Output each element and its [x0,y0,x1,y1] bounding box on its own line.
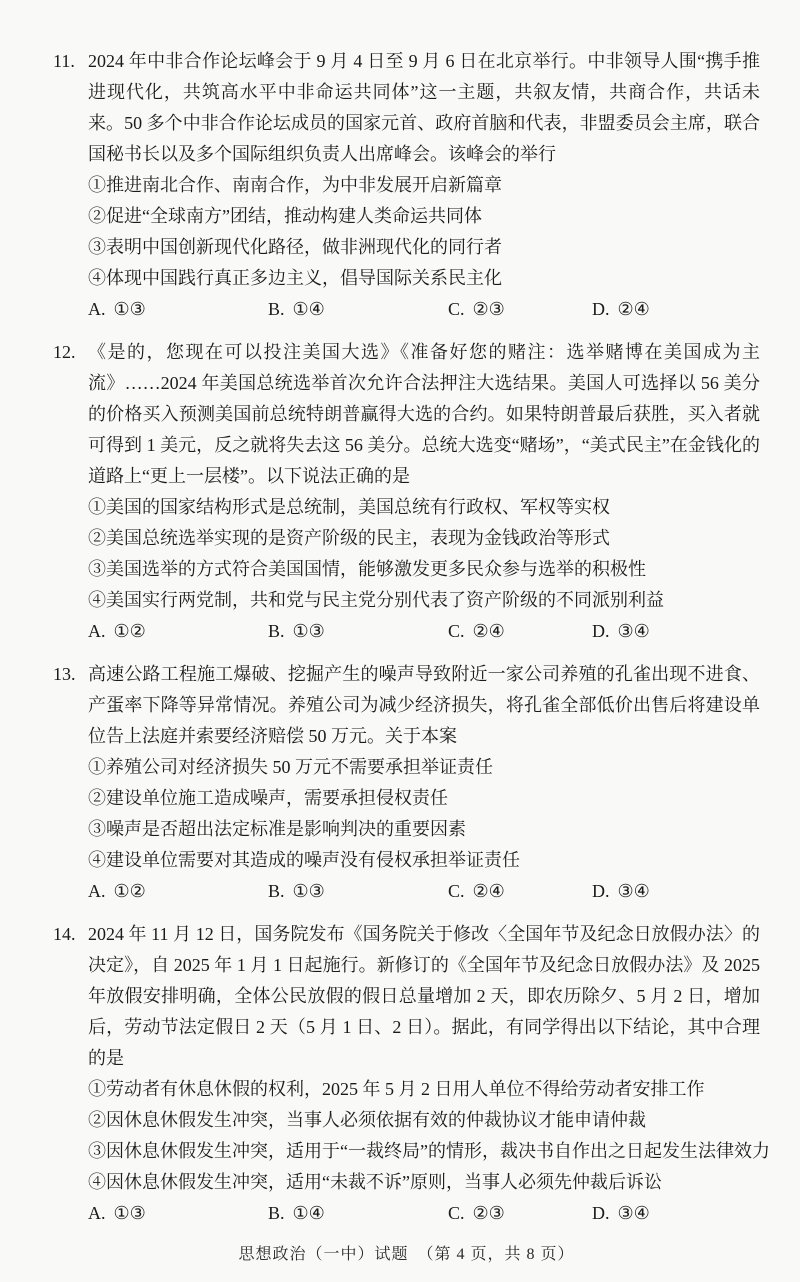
answer-choices: A.①②B.①③C.②④D.③④ [88,876,760,907]
question-12: 12. 《是的，您现在可以投注美国大选》《准备好您的赌注：选举赌博在美国成为主流… [53,337,760,647]
question-14: 14. 2024 年 11 月 12 日，国务院发布《国务院关于修改〈全国年节及… [53,919,760,1229]
question-stem: 《是的，您现在可以投注美国大选》《准备好您的赌注：选举赌博在美国成为主流》……2… [88,337,760,492]
question-item-2: ②美国总统选举实现的是资产阶级的民主，表现为金钱政治等形式 [88,523,760,554]
question-item-2: ②建设单位施工造成噪声，需要承担侵权责任 [88,783,760,814]
choice-c: C.②④ [448,616,592,647]
question-item-3: ③美国选举的方式符合美国国情，能够激发更多民众参与选举的积极性 [88,554,760,585]
question-number: 11. [53,46,88,170]
question-item-3: ③表明中国创新现代化路径，做非洲现代化的同行者 [88,232,760,263]
choice-c: C.②③ [448,1198,592,1229]
choice-c: C.②④ [448,876,592,907]
question-item-4: ④美国实行两党制，共和党与民主党分别代表了资产阶级的不同派别利益 [88,585,760,616]
question-items: ①美国的国家结构形式是总统制，美国总统有行政权、军权等实权 ②美国总统选举实现的… [88,492,760,616]
exam-page: 11. 2024 年中非合作论坛峰会于 9 月 4 日至 9 月 6 日在北京举… [0,0,800,1282]
question-item-1: ①养殖公司对经济损失 50 万元不需要承担举证责任 [88,752,760,783]
answer-choices: A.①③B.①④C.②③D.③④ [88,1198,760,1229]
question-item-3: ③因休息休假发生冲突，适用于“一裁终局”的情形，裁决书自作出之日起发生法律效力 [88,1136,760,1167]
question-item-4: ④因休息休假发生冲突，适用“未裁不诉”原则，当事人必须先仲裁后诉讼 [88,1167,760,1198]
question-number: 12. [53,337,88,492]
question-item-3: ③噪声是否超出法定标准是影响判决的重要因素 [88,814,760,845]
question-stem: 2024 年中非合作论坛峰会于 9 月 4 日至 9 月 6 日在北京举行。中非… [88,46,760,170]
question-item-1: ①劳动者有休息休假的权利，2025 年 5 月 2 日用人单位不得给劳动者安排工… [88,1074,760,1105]
question-stem: 2024 年 11 月 12 日，国务院发布《国务院关于修改〈全国年节及纪念日放… [88,919,760,1074]
choice-a: A.①③ [88,1198,268,1229]
question-items: ①推进南北合作、南南合作，为中非发展开启新篇章 ②促进“全球南方”团结，推动构建… [88,170,760,294]
question-item-1: ①美国的国家结构形式是总统制，美国总统有行政权、军权等实权 [88,492,760,523]
answer-choices: A.①②B.①③C.②④D.③④ [88,616,760,647]
question-item-4: ④建设单位需要对其造成的噪声没有侵权承担举证责任 [88,845,760,876]
question-item-1: ①推进南北合作、南南合作，为中非发展开启新篇章 [88,170,760,201]
choice-b: B.①④ [268,1198,448,1229]
choice-d: D.③④ [592,616,650,647]
choice-c: C.②③ [448,294,592,325]
question-stem: 高速公路工程施工爆破、挖掘产生的噪声导致附近一家公司养殖的孔雀出现不进食、产蛋率… [88,659,760,752]
choice-d: D.②④ [592,294,650,325]
question-11: 11. 2024 年中非合作论坛峰会于 9 月 4 日至 9 月 6 日在北京举… [53,46,760,325]
question-item-2: ②促进“全球南方”团结，推动构建人类命运共同体 [88,201,760,232]
choice-a: A.①③ [88,294,268,325]
question-item-4: ④体现中国践行真正多边主义，倡导国际关系民主化 [88,263,760,294]
question-items: ①劳动者有休息休假的权利，2025 年 5 月 2 日用人单位不得给劳动者安排工… [88,1074,760,1198]
choice-a: A.①② [88,616,268,647]
page-footer: 思想政治（一中）试题 （第 4 页，共 8 页） [53,1241,760,1282]
choice-b: B.①③ [268,616,448,647]
question-13: 13. 高速公路工程施工爆破、挖掘产生的噪声导致附近一家公司养殖的孔雀出现不进食… [53,659,760,907]
question-number: 14. [53,919,88,1074]
question-number: 13. [53,659,88,752]
answer-choices: A.①③B.①④C.②③D.②④ [88,294,760,325]
choice-b: B.①③ [268,876,448,907]
question-items: ①养殖公司对经济损失 50 万元不需要承担举证责任 ②建设单位施工造成噪声，需要… [88,752,760,876]
question-item-2: ②因休息休假发生冲突，当事人必须依据有效的仲裁协议才能申请仲裁 [88,1105,760,1136]
choice-b: B.①④ [268,294,448,325]
choice-a: A.①② [88,876,268,907]
choice-d: D.③④ [592,876,650,907]
choice-d: D.③④ [592,1198,650,1229]
